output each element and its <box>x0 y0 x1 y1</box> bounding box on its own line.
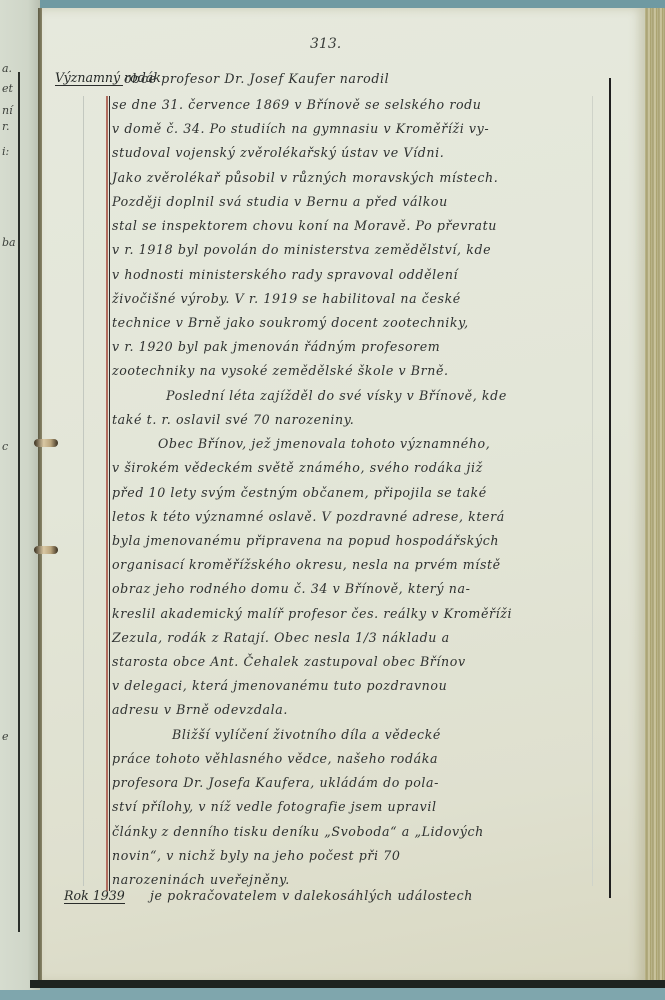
left-page-fragment: et <box>2 82 13 95</box>
left-page-fragment: r. <box>2 120 10 133</box>
page-edges <box>645 8 665 983</box>
text-line: také t. r. oslavil své 70 narozeniny. <box>112 412 354 427</box>
text-line: starosta obce Ant. Čehalek zastupoval ob… <box>112 654 466 669</box>
text-line: adresu v Brně odevzdala. <box>112 702 288 717</box>
text-line: Jako zvěrolékař působil v různých moravs… <box>112 170 498 185</box>
text-line: Poslední léta zajížděl do své vísky v Bř… <box>166 388 507 403</box>
text-line: se dne 31. července 1869 v Břínově se se… <box>112 97 482 112</box>
left-page: a. et ní r. i: c ba e <box>0 0 40 990</box>
text-line: v hodnosti ministerského rady spravoval … <box>112 267 458 282</box>
closing-line: je pokračovatelem v dalekosáhlých událos… <box>150 888 473 903</box>
text-line: v r. 1918 byl povolán do ministerstva ze… <box>112 242 491 257</box>
text-line: Později doplnil svá studia v Bernu a pře… <box>112 194 448 209</box>
closing-heading: Rok 1939 <box>64 888 125 904</box>
left-page-fragment: a. <box>2 62 12 75</box>
right-guide-line <box>592 96 593 886</box>
text-line: kreslil akademický malíř profesor čes. r… <box>112 606 512 621</box>
binding-thread-upper <box>34 439 58 447</box>
text-line: byla jmenovanému připravena na popud hos… <box>112 533 499 548</box>
text-line: organisací kroměřížského okresu, nesla n… <box>112 557 501 572</box>
margin-black-line <box>109 96 110 891</box>
text-line: v delegaci, která jmenovanému tuto pozdr… <box>112 678 447 693</box>
text-line: obraz jeho rodného domu č. 34 v Břínově,… <box>112 581 470 596</box>
book-bottom-edge <box>30 980 665 988</box>
left-page-fragment: c <box>2 440 8 453</box>
text-line: novin“, v nichž byly na jeho počest při … <box>112 848 400 863</box>
margin-guide-line <box>83 96 84 886</box>
text-line: studoval vojenský zvěrolékařský ústav ve… <box>112 145 444 160</box>
left-page-fragment: ba <box>2 236 16 249</box>
text-line: obce profesor Dr. Josef Kaufer narodil <box>124 71 389 86</box>
text-line: v r. 1920 byl pak jmenován řádným profes… <box>112 339 440 354</box>
text-line: technice v Brně jako soukromý docent zoo… <box>112 315 469 330</box>
text-line: živočišné výroby. V r. 1919 se habilitov… <box>112 291 461 306</box>
text-line: letos k této významné oslavě. V pozdravn… <box>112 509 505 524</box>
left-page-rule <box>18 72 20 932</box>
left-page-fragment: ní <box>2 104 13 117</box>
text-line: články z denního tisku deníku „Svoboda“ … <box>112 824 484 839</box>
binding-thread-lower <box>34 546 58 554</box>
left-page-fragment: e <box>2 730 9 743</box>
text-line: zootechniky na vysoké zemědělské škole v… <box>112 363 449 378</box>
text-line: ství přílohy, v níž vedle fotografie jse… <box>112 799 437 814</box>
text-line: v domě č. 34. Po studiích na gymnasiu v … <box>112 121 489 136</box>
margin-red-line <box>106 96 108 891</box>
right-margin-rule <box>609 78 611 898</box>
text-line: stal se inspektorem chovu koní na Moravě… <box>112 218 497 233</box>
text-line: narozeninách uveřejněny. <box>112 872 290 887</box>
page-number: 313. <box>310 36 341 52</box>
margin-heading: Významný rodák <box>55 70 123 86</box>
text-line: profesora Dr. Josefa Kaufera, ukládám do… <box>112 775 439 790</box>
text-line: před 10 lety svým čestným občanem, připo… <box>112 485 487 500</box>
text-line: v širokém vědeckém světě známého, svého … <box>112 460 483 475</box>
text-line: Zezula, rodák z Ratají. Obec nesla 1/3 n… <box>112 630 450 645</box>
text-line: Bližší vylíčení životního díla a vědecké <box>172 727 441 742</box>
text-line: Obec Břínov, jež jmenovala tohoto význam… <box>158 436 490 451</box>
left-page-fragment: i: <box>2 145 9 158</box>
text-line: práce tohoto věhlasného vědce, našeho ro… <box>112 751 438 766</box>
